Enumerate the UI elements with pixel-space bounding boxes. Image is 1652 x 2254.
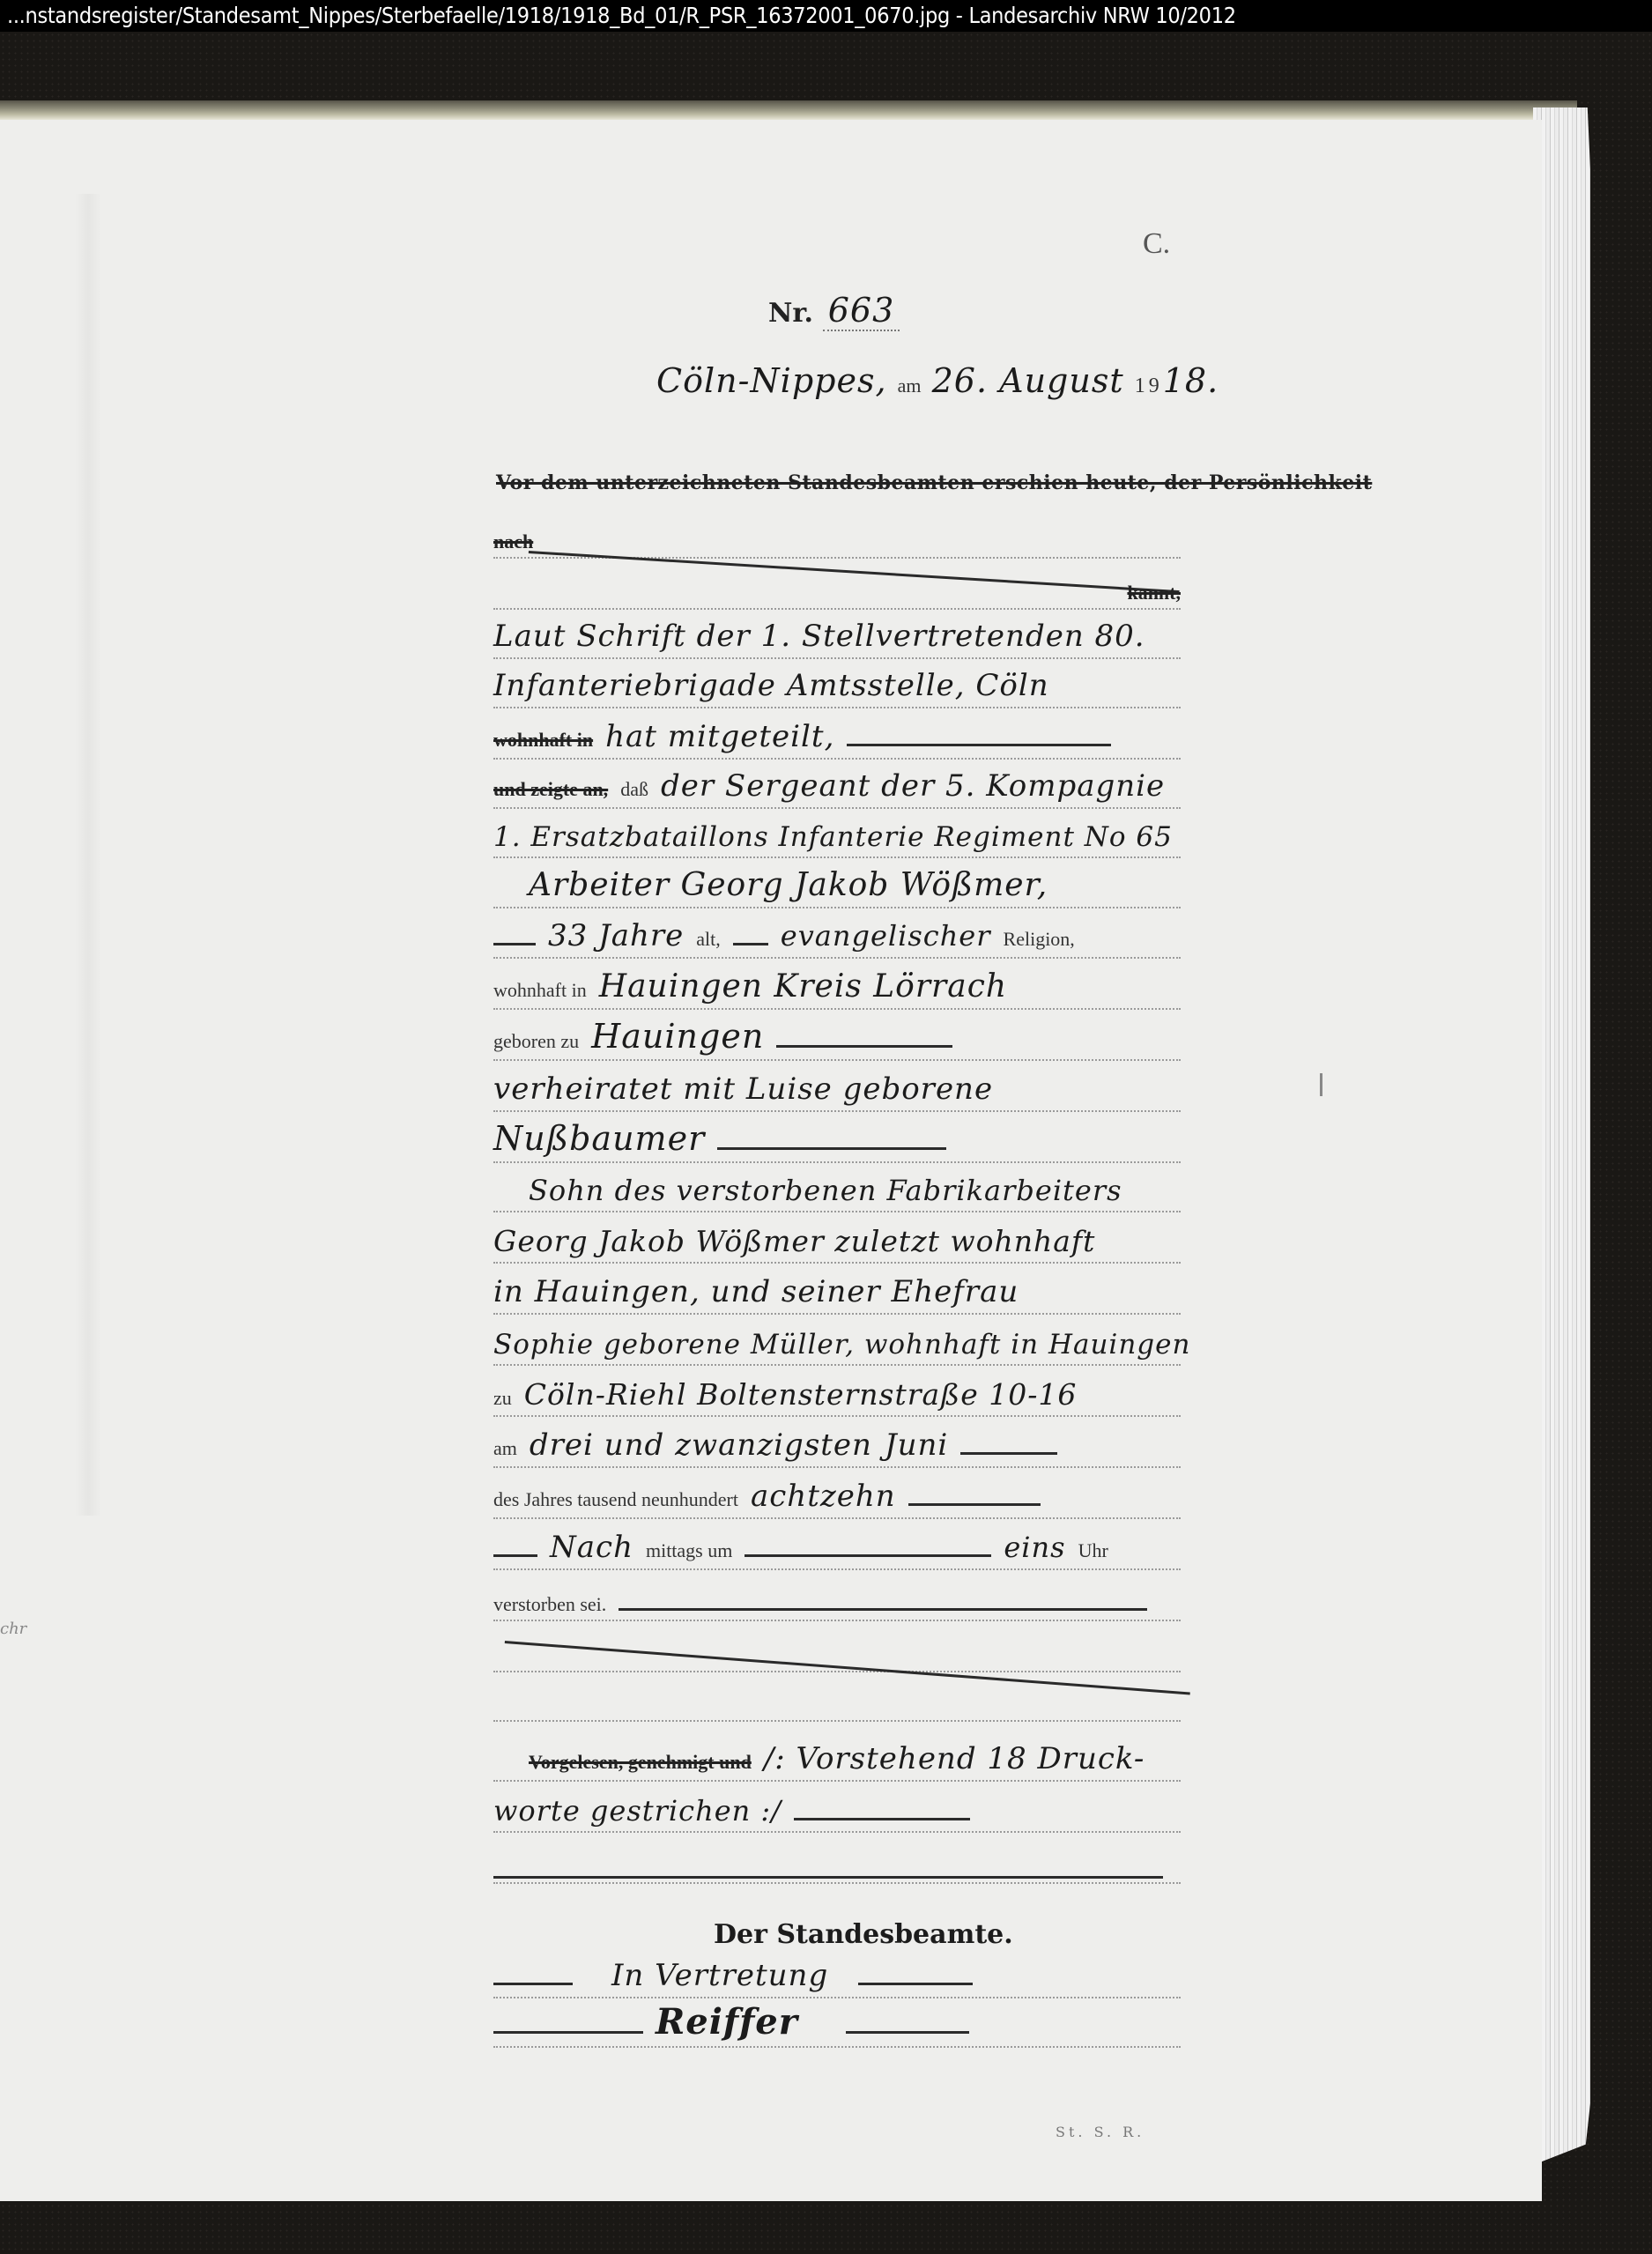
- fill-stroke: [619, 1608, 1147, 1611]
- handwritten-text: Infanteriebrigade Amtsstelle, Cöln: [493, 668, 1049, 703]
- line-11: Nußbaumer: [493, 1114, 1181, 1167]
- fill-stroke: [493, 1876, 1163, 1879]
- line-14: in Hauingen, und seiner Ehefrau: [493, 1265, 1181, 1318]
- line-2: Infanteriebrigade Amtsstelle, Cöln: [493, 659, 1181, 712]
- annotation-line-2: worte gestrichen :/: [493, 1783, 1181, 1836]
- dotted-line: [493, 1313, 1181, 1315]
- footer-stamp: St. S. R.: [1056, 2124, 1145, 2140]
- signature-name: Reiffer: [656, 2001, 798, 2043]
- handwritten-text: der Sergeant der 5. Kompagnie: [661, 768, 1165, 804]
- fill-stroke: [908, 1503, 1041, 1506]
- struck-nach: nach: [493, 530, 533, 553]
- dotted-line: [493, 1720, 1181, 1722]
- dotted-line: [493, 707, 1181, 708]
- handwritten-text: achtzehn: [751, 1479, 896, 1514]
- handwritten-text: Arbeiter Georg Jakob Wößmer,: [529, 867, 1048, 903]
- year-suffix: 18.: [1163, 361, 1219, 400]
- line-13: Georg Jakob Wößmer zuletzt wohnhaft: [493, 1214, 1181, 1267]
- fill-stroke: [960, 1452, 1057, 1455]
- handwritten-religion: evangelischer: [781, 919, 991, 953]
- fill-stroke: [493, 2031, 643, 2034]
- handwritten-text: Cöln-Riehl Boltensternstraße 10-16: [524, 1377, 1078, 1412]
- fill-stroke: [493, 1554, 537, 1557]
- fill-stroke: [846, 2031, 969, 2034]
- line-6: Arbeiter Georg Jakob Wößmer,: [493, 859, 1181, 912]
- window-title-bar: ...nstandsregister/Standesamt_Nippes/Ste…: [0, 0, 1652, 32]
- annotation-text: /: Vorstehend 18 Druck-: [764, 1741, 1145, 1776]
- record-number-label: Nr.: [768, 298, 813, 329]
- dotted-line: [493, 1211, 1181, 1212]
- struck-preamble: Vor dem unterzeichneten Standesbeamten e…: [496, 471, 1372, 494]
- fill-stroke: [733, 943, 768, 945]
- handwritten-text: in Hauingen, und seiner Ehefrau: [493, 1274, 1019, 1309]
- dotted-line: [493, 1415, 1181, 1417]
- struck-label: und zeigte an,: [493, 778, 608, 801]
- handwritten-text: Nußbaumer: [493, 1119, 705, 1158]
- annotation-line-1: Vorgelesen, genehmigt und /: Vorstehend …: [493, 1732, 1181, 1785]
- dotted-line: [493, 856, 1181, 858]
- line-10: verheiratet mit Luise geborene: [493, 1063, 1181, 1116]
- year-prefix: 19: [1135, 374, 1163, 397]
- signature-title: Der Standesbeamte.: [714, 1919, 1013, 1950]
- line-4: und zeigte an, daß der Sergeant der 5. K…: [493, 760, 1181, 812]
- am-label: am: [898, 374, 922, 397]
- printed-label: am: [493, 1437, 517, 1460]
- signature-line-1: In Vertretung: [493, 1949, 1181, 2002]
- line-5: 1. Ersatzbataillons Infanterie Regiment …: [493, 809, 1181, 862]
- place-date-line: Cöln-Nippes, am 26. August 1918.: [656, 361, 1219, 400]
- fill-stroke: [858, 1983, 973, 1985]
- fill-stroke: [847, 744, 1111, 746]
- line-19: Nach mittags um eins Uhr: [493, 1521, 1181, 1574]
- line-3: wohnhaft in hat mitgeteilt,: [493, 710, 1181, 763]
- fill-stroke: [717, 1147, 946, 1150]
- dotted-line: [493, 2046, 1181, 2048]
- printed-label: des Jahres tausend neunhundert: [493, 1488, 738, 1511]
- dotted-line: [493, 1008, 1181, 1010]
- handwritten-text: Georg Jakob Wößmer zuletzt wohnhaft: [493, 1224, 1095, 1258]
- handwritten-text: Nach: [550, 1530, 633, 1565]
- blank-line-3: [493, 1835, 1181, 1887]
- struck-kannt-row: kannt,: [493, 560, 1181, 613]
- handwritten-text: Hauingen Kreis Lörrach: [599, 968, 1007, 1005]
- line-1: Laut Schrift der 1. Stellvertretenden 80…: [493, 610, 1181, 663]
- struck-vorgelesen: Vorgelesen, genehmigt und: [529, 1751, 752, 1774]
- left-margin-pencil: chr: [0, 1620, 26, 1638]
- handwritten-age: 33 Jahre: [548, 918, 684, 953]
- dotted-line: [493, 1059, 1181, 1061]
- record-number-value: 663: [823, 291, 900, 331]
- handwritten-text: hat mitgeteilt,: [605, 719, 834, 754]
- dotted-line: [493, 1110, 1181, 1112]
- line-17: am drei und zwanzigsten Juni: [493, 1419, 1181, 1472]
- line-16: zu Cöln-Riehl Boltensternstraße 10-16: [493, 1368, 1181, 1420]
- book-top-edge: [0, 100, 1577, 120]
- fill-stroke: [794, 1818, 970, 1820]
- printed-label: wohnhaft in: [493, 979, 587, 1002]
- handwritten-hour: eins: [1004, 1531, 1065, 1564]
- handwritten-text: drei und zwanzigsten: [530, 1427, 872, 1463]
- dotted-line: [493, 1568, 1181, 1570]
- line-12: Sohn des verstorbenen Fabrikarbeiters: [493, 1163, 1181, 1216]
- printed-label: geboren zu: [493, 1030, 579, 1053]
- handwritten-text: Sohn des verstorbenen Fabrikarbeiters: [529, 1174, 1122, 1207]
- dotted-line: [493, 1882, 1181, 1884]
- handwritten-text: verheiratet mit Luise geborene: [493, 1071, 993, 1107]
- dotted-line: [493, 1620, 1181, 1621]
- annotation-text: worte gestrichen :/: [493, 1794, 782, 1828]
- dotted-line: [493, 1262, 1181, 1264]
- fill-stroke: [745, 1554, 991, 1557]
- signature-text: In Vertretung: [611, 1958, 828, 1993]
- blank-line-2: [493, 1672, 1181, 1725]
- window-title: ...nstandsregister/Standesamt_Nippes/Ste…: [7, 3, 1236, 28]
- dotted-line: [493, 1466, 1181, 1468]
- struck-label: wohnhaft in: [493, 729, 593, 752]
- dotted-line: [493, 1780, 1181, 1782]
- struck-kannt: kannt,: [1127, 582, 1181, 604]
- fill-stroke: [493, 1983, 573, 1985]
- line-9: geboren zu Hauingen: [493, 1012, 1181, 1064]
- handwritten-text: Sophie geborene Müller, wohnhaft in Haui…: [493, 1329, 1190, 1361]
- handwritten-month: Juni: [885, 1427, 948, 1463]
- handwritten-text: Laut Schrift der 1. Stellvertretenden 80…: [493, 619, 1145, 654]
- margin-mark: [1320, 1073, 1322, 1096]
- signature-line-2: Reiffer: [493, 1998, 1181, 2051]
- gutter-shadow: [75, 194, 101, 1516]
- dotted-line: [493, 907, 1181, 908]
- line-7: 33 Jahre alt, evangelischer Religion,: [493, 909, 1181, 962]
- printed-label: verstorben sei.: [493, 1593, 606, 1616]
- printed-label: Uhr: [1078, 1539, 1108, 1562]
- form-letter: C.: [1143, 227, 1170, 261]
- printed-label: mittags um: [646, 1539, 732, 1562]
- printed-label: daß: [620, 778, 648, 801]
- dotted-line: [493, 1364, 1181, 1366]
- fill-stroke: [776, 1045, 952, 1048]
- dotted-line: [493, 1517, 1181, 1519]
- handwritten-text: 1. Ersatzbataillons Infanterie Regiment …: [493, 821, 1173, 853]
- line-8: wohnhaft in Hauingen Kreis Lörrach: [493, 960, 1181, 1013]
- record-number: Nr. 663: [768, 291, 900, 330]
- printed-label: alt,: [696, 928, 721, 951]
- handwritten-text: Hauingen: [591, 1017, 764, 1056]
- line-18: des Jahres tausend neunhundert achtzehn: [493, 1470, 1181, 1523]
- line-15: Sophie geborene Müller, wohnhaft in Haui…: [493, 1316, 1181, 1369]
- printed-label: Religion,: [1004, 928, 1075, 951]
- date-day-month: 26. August: [932, 361, 1124, 400]
- line-20: verstorben sei.: [493, 1572, 1181, 1625]
- fill-stroke: [493, 943, 536, 945]
- printed-label: zu: [493, 1387, 512, 1410]
- dotted-line: [493, 1831, 1181, 1833]
- place-name: Cöln-Nippes,: [656, 361, 887, 400]
- dotted-line: [493, 957, 1181, 959]
